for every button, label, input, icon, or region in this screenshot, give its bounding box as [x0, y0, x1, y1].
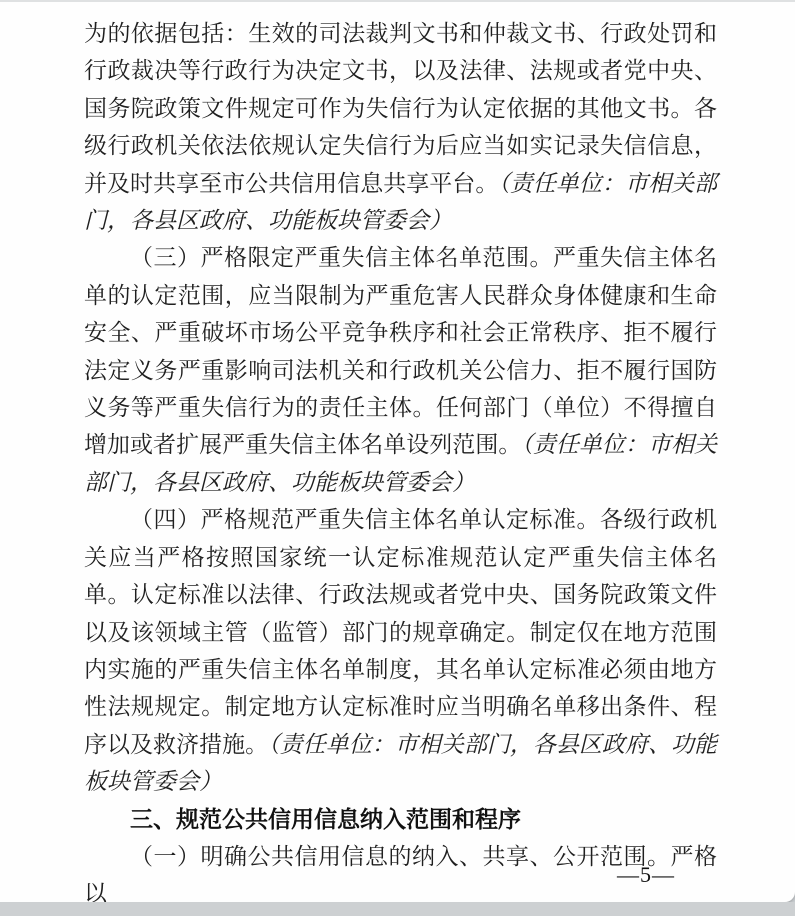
paragraph-text: （四）严格规范严重失信主体名单认定标准。各级行政机关应当严格按照国家统一认定标准…	[84, 507, 717, 756]
section-heading: 三、规范公共信用信息纳入范围和程序	[84, 801, 717, 838]
document-body: 为的依据包括：生效的司法裁判文书和仲裁文书、行政处罚和行政裁决等行政行为决定文书…	[84, 15, 717, 913]
paragraph-text: 为的依据包括：生效的司法裁判文书和仲裁文书、行政处罚和行政裁决等行政行为决定文书…	[84, 21, 717, 196]
paragraph-text: （三）严格限定严重失信主体名单范围。严重失信主体名单的认定范围，应当限制为严重危…	[84, 245, 717, 457]
page-number: —5—	[617, 860, 675, 890]
scan-bottom-edge	[0, 902, 795, 916]
paragraph-item-three: （三）严格限定严重失信主体名单范围。严重失信主体名单的认定范围，应当限制为严重危…	[84, 239, 717, 501]
scan-top-edge	[0, 0, 795, 2]
paragraph-continuation: 为的依据包括：生效的司法裁判文书和仲裁文书、行政处罚和行政裁决等行政行为决定文书…	[84, 15, 717, 239]
paragraph-item-four: （四）严格规范严重失信主体名单认定标准。各级行政机关应当严格按照国家统一认定标准…	[84, 501, 717, 800]
document-page: 为的依据包括：生效的司法裁判文书和仲裁文书、行政处罚和行政裁决等行政行为决定文书…	[0, 0, 795, 902]
